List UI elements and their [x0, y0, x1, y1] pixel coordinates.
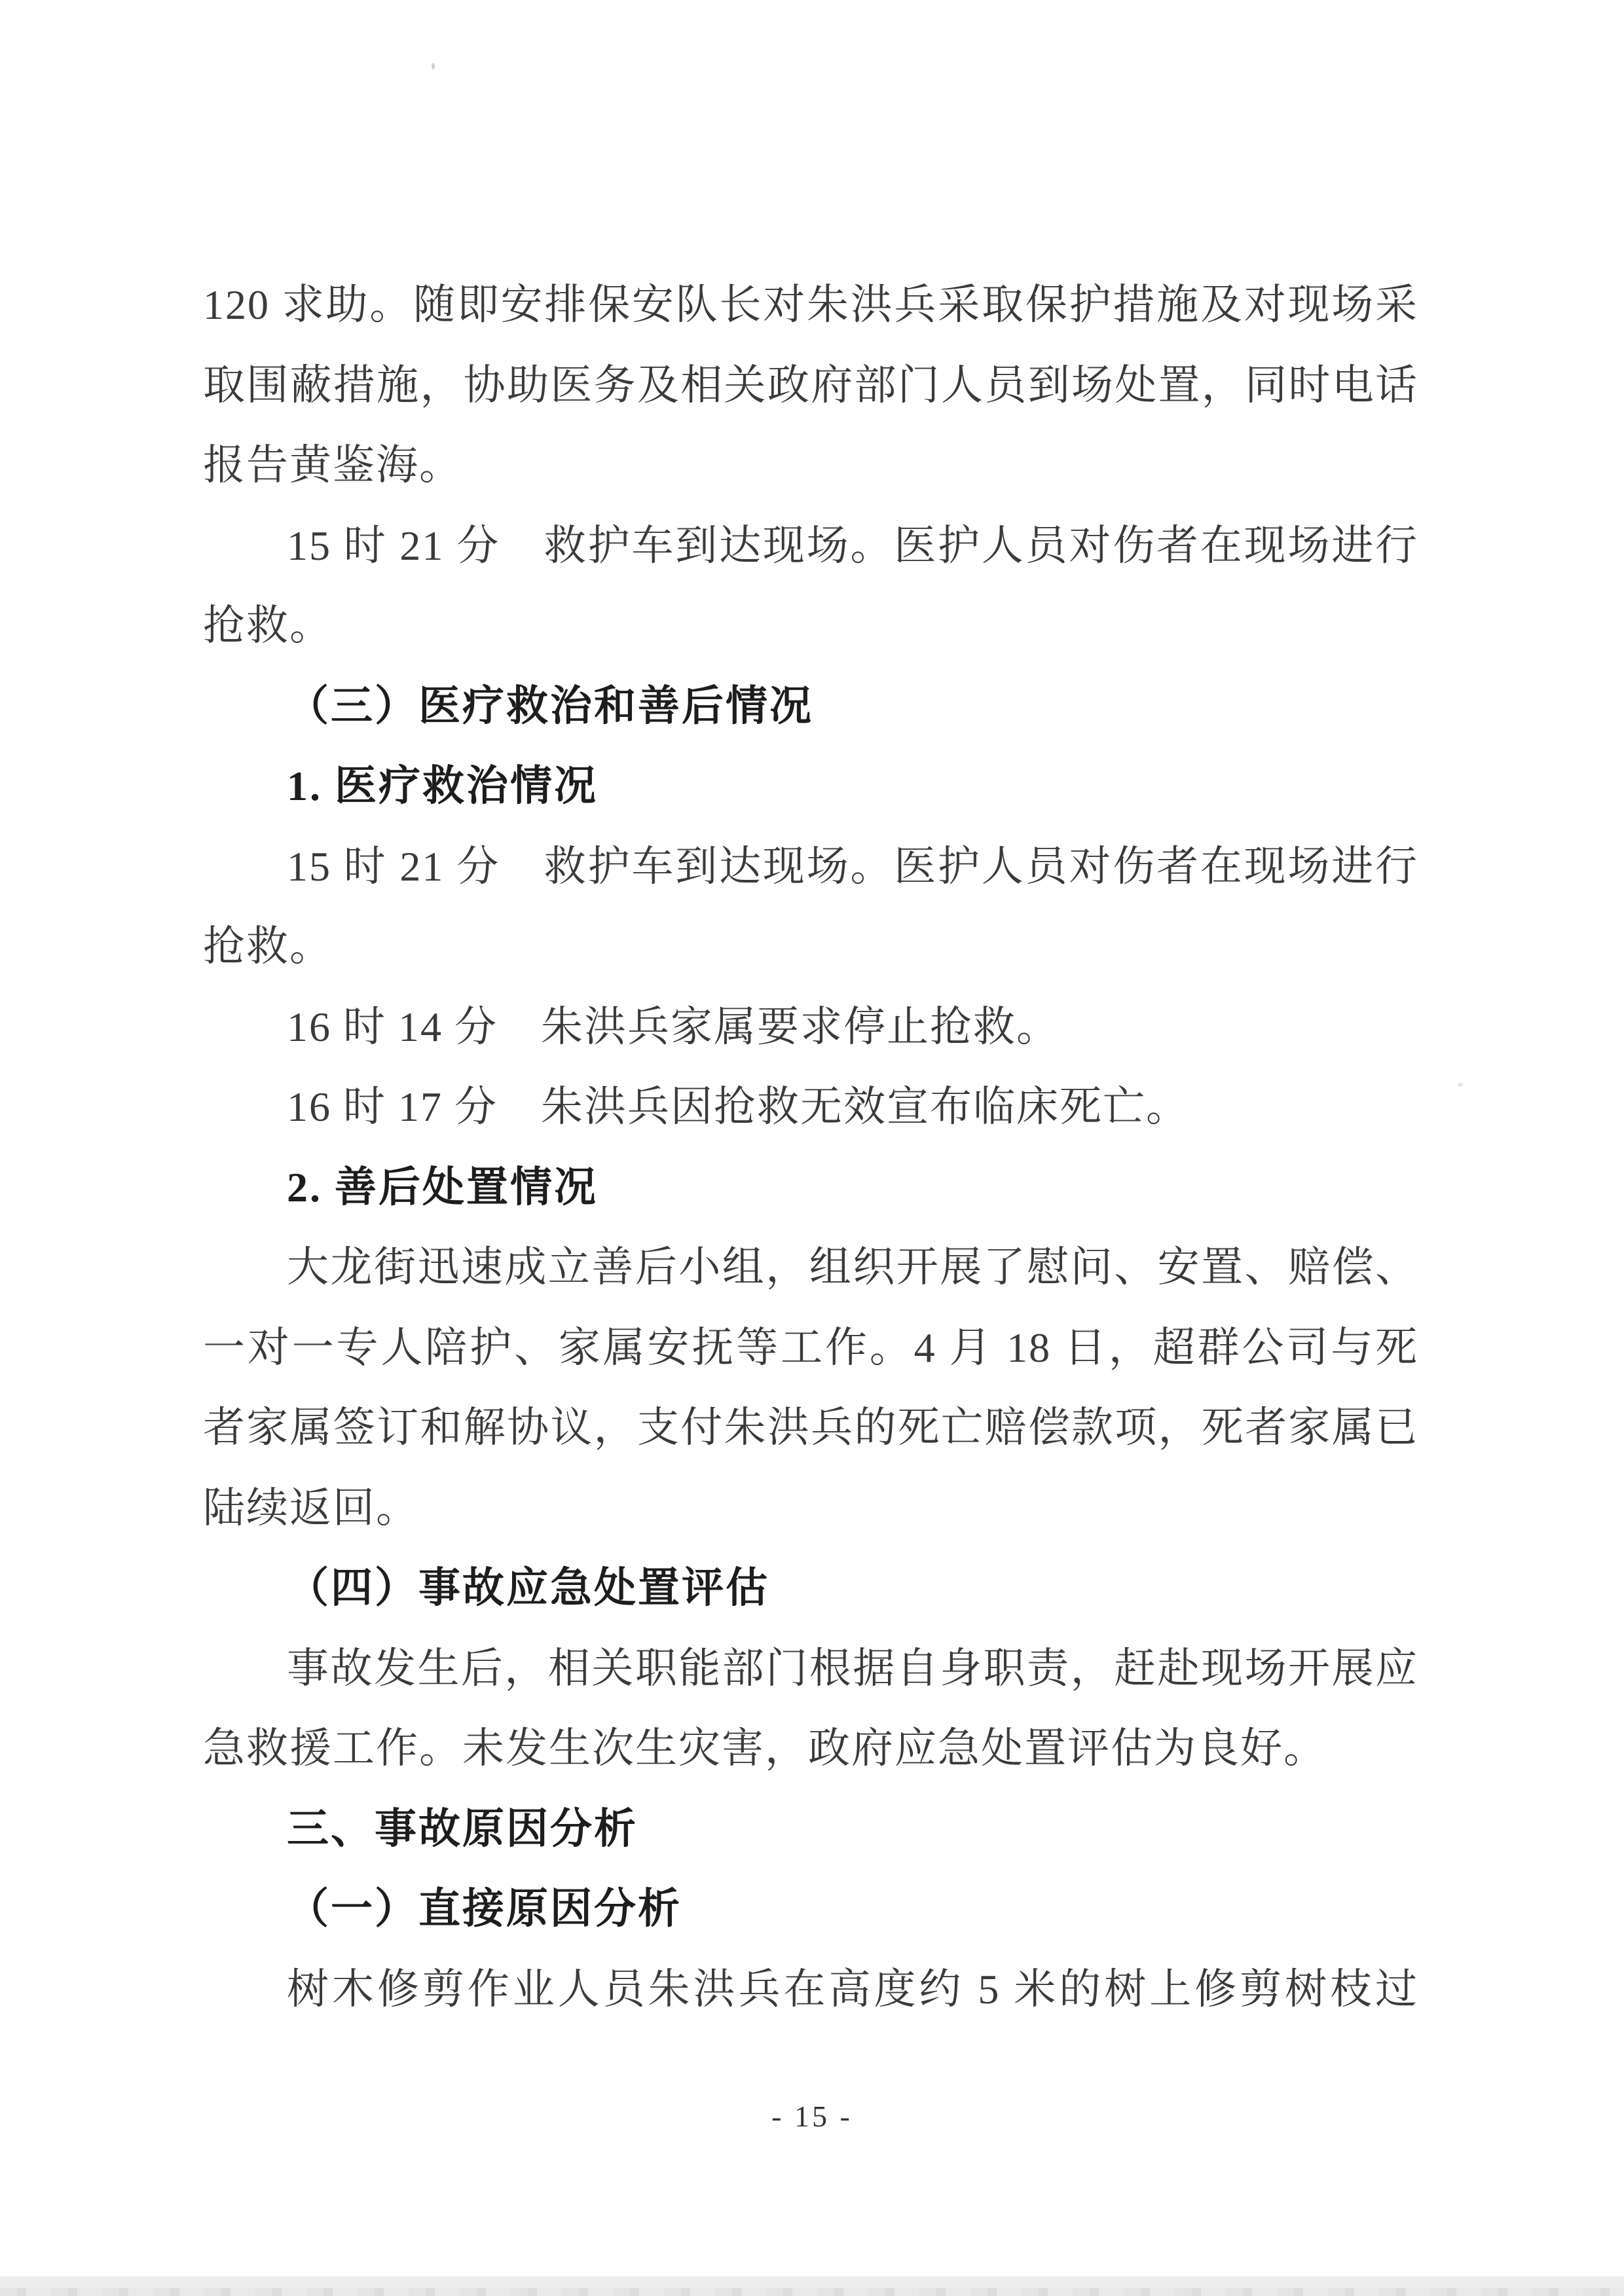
text-line: 15 时 21 分 救护车到达现场。医护人员对伤者在现场进行 [203, 827, 1418, 907]
scan-edge-artifact [0, 2276, 1624, 2296]
document-body: 120 求助。随即安排保安队长对朱洪兵采取保护措施及对现场采 取围蔽措施，协助医… [203, 265, 1418, 2030]
heading-line: 2. 善后处置情况 [203, 1148, 1418, 1228]
text-line: 一对一专人陪护、家属安抚等工作。4 月 18 日，超群公司与死 [203, 1308, 1418, 1389]
text-line: 大龙街迅速成立善后小组，组织开展了慰问、安置、赔偿、 [203, 1228, 1418, 1308]
scan-edge-artifact-texture [0, 2288, 1624, 2296]
heading-line: （四）事故应急处置评估 [203, 1548, 1418, 1629]
page-number: - 15 - [771, 2100, 853, 2133]
text-line: 急救援工作。未发生次生灾害，政府应急处置评估为良好。 [203, 1709, 1418, 1789]
text-line: 抢救。 [203, 586, 1418, 666]
document-page: 120 求助。随即安排保安队长对朱洪兵采取保护措施及对现场采 取围蔽措施，协助医… [0, 0, 1624, 2296]
text-line: 120 求助。随即安排保安队长对朱洪兵采取保护措施及对现场采 [203, 265, 1418, 346]
scan-speck [432, 63, 435, 69]
page-footer: - 15 - [0, 2094, 1624, 2140]
text-line: 陆续返回。 [203, 1468, 1418, 1549]
heading-line: 三、事故原因分析 [203, 1789, 1418, 1870]
text-line: 者家属签订和解协议，支付朱洪兵的死亡赔偿款项，死者家属已 [203, 1388, 1418, 1468]
text-line: 15 时 21 分 救护车到达现场。医护人员对伤者在现场进行 [203, 506, 1418, 587]
text-line: 抢救。 [203, 907, 1418, 987]
text-line: 树木修剪作业人员朱洪兵在高度约 5 米的树上修剪树枝过 [203, 1950, 1418, 2030]
scan-speck [1458, 1083, 1463, 1087]
text-line: 16 时 17 分 朱洪兵因抢救无效宣布临床死亡。 [203, 1067, 1418, 1148]
text-line: 取围蔽措施，协助医务及相关政府部门人员到场处置，同时电话 [203, 346, 1418, 426]
heading-line: （三）医疗救治和善后情况 [203, 666, 1418, 747]
text-line: 16 时 14 分 朱洪兵家属要求停止抢救。 [203, 987, 1418, 1068]
text-line: 报告黄鉴海。 [203, 426, 1418, 506]
heading-line: 1. 医疗救治情况 [203, 746, 1418, 827]
text-line: 事故发生后，相关职能部门根据自身职责，赶赴现场开展应 [203, 1629, 1418, 1709]
heading-line: （一）直接原因分析 [203, 1869, 1418, 1950]
